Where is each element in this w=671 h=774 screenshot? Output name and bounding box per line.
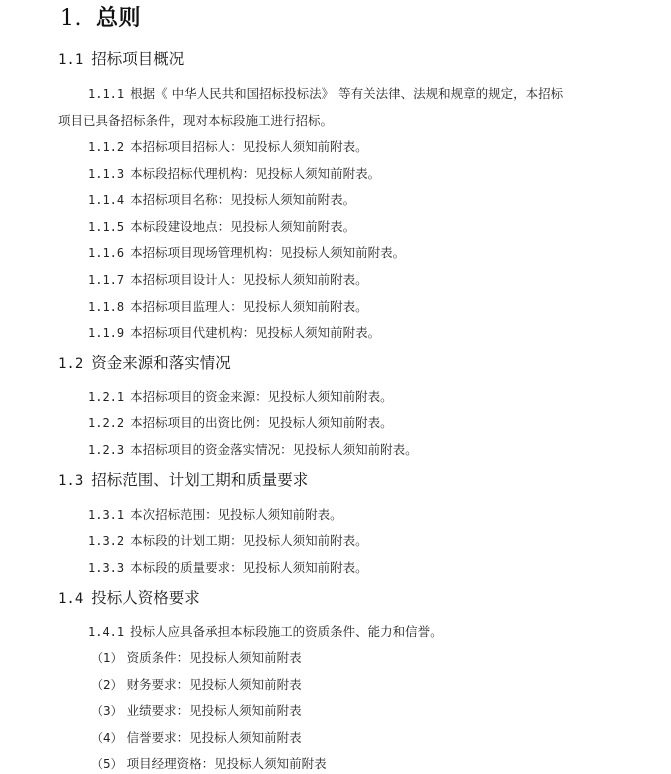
clause-1-2-2: 1.2.2本招标项目的出资比例：见投标人须知前附表。: [88, 417, 393, 430]
clause-text: 本招标项目现场管理机构：见投标人须知前附表。: [130, 245, 405, 260]
section-heading-text: 招标范围、计划工期和质量要求: [91, 471, 308, 489]
document-title: 1.总则: [60, 8, 141, 30]
clause-1-1-8: 1.1.8本招标项目监理人：见投标人须知前附表。: [88, 301, 368, 314]
clause-number: 1.2.1: [88, 390, 124, 404]
item-text: 业绩要求：见投标人须知前附表: [127, 703, 302, 718]
clause-text: 根据《 中华人民共和国招标投标法》 等有关法律、法规和规章的规定，本招标: [130, 86, 563, 101]
requirement-item-5: （5）项目经理资格：见投标人须知前附表: [91, 758, 327, 771]
clause-number: 1.1.1: [88, 87, 124, 101]
clause-1-1-9: 1.1.9本招标项目代建机构：见投标人须知前附表。: [88, 327, 380, 340]
clause-1-1-2: 1.1.2本招标项目招标人：见投标人须知前附表。: [88, 141, 368, 154]
clause-number: 1.1.7: [88, 273, 124, 287]
clause-1-3-3: 1.3.3本标段的质量要求：见投标人须知前附表。: [88, 562, 368, 575]
clause-1-1-4: 1.1.4本招标项目名称：见投标人须知前附表。: [88, 194, 355, 207]
clause-text: 本招标项目设计人：见投标人须知前附表。: [130, 272, 368, 287]
clause-number: 1.3.2: [88, 534, 124, 548]
clause-number: 1.2.3: [88, 443, 124, 457]
clause-1-3-2: 1.3.2本标段的计划工期：见投标人须知前附表。: [88, 535, 368, 548]
item-text: 资质条件：见投标人须知前附表: [127, 650, 302, 665]
item-number: （5）: [91, 757, 123, 771]
item-number: （2）: [91, 678, 123, 692]
clause-number: 1.4.1: [88, 625, 124, 639]
clause-1-1-5: 1.1.5本标段建设地点：见投标人须知前附表。: [88, 221, 355, 234]
section-heading-text: 资金来源和落实情况: [91, 354, 231, 372]
section-number: 1.3: [58, 473, 83, 489]
title-number: 1.: [60, 6, 82, 31]
section-heading-1-3: 1.3招标范围、计划工期和质量要求: [58, 473, 308, 489]
clause-number: 1.1.4: [88, 193, 124, 207]
item-number: （1）: [91, 651, 123, 665]
item-text: 项目经理资格：见投标人须知前附表: [127, 756, 327, 771]
section-heading-text: 招标项目概况: [91, 50, 184, 68]
item-text: 财务要求：见投标人须知前附表: [127, 677, 302, 692]
requirement-item-3: （3）业绩要求：见投标人须知前附表: [91, 705, 302, 718]
section-number: 1.4: [58, 591, 83, 607]
clause-number: 1.3.3: [88, 561, 124, 575]
requirement-item-4: （4）信誉要求：见投标人须知前附表: [91, 732, 302, 745]
section-heading-1-2: 1.2资金来源和落实情况: [58, 356, 231, 372]
clause-text: 本招标项目名称：见投标人须知前附表。: [130, 192, 355, 207]
section-heading-text: 投标人资格要求: [91, 589, 200, 607]
clause-text: 本招标项目监理人：见投标人须知前附表。: [130, 299, 368, 314]
clause-number: 1.1.3: [88, 167, 124, 181]
clause-number: 1.2.2: [88, 416, 124, 430]
clause-text: 投标人应具备承担本标段施工的资质条件、能力和信誉。: [130, 624, 443, 639]
clause-text: 本招标项目的资金落实情况：见投标人须知前附表。: [130, 442, 418, 457]
clause-text: 本招标项目招标人：见投标人须知前附表。: [130, 139, 368, 154]
item-number: （3）: [91, 704, 123, 718]
clause-1-1-1: 1.1.1根据《 中华人民共和国招标投标法》 等有关法律、法规和规章的规定，本招…: [88, 88, 563, 101]
requirement-item-2: （2）财务要求：见投标人须知前附表: [91, 679, 302, 692]
clause-1-1-7: 1.1.7本招标项目设计人：见投标人须知前附表。: [88, 274, 368, 287]
clause-1-1-6: 1.1.6本招标项目现场管理机构：见投标人须知前附表。: [88, 247, 405, 260]
clause-number: 1.1.9: [88, 326, 124, 340]
section-heading-1-1: 1.1招标项目概况: [58, 52, 184, 68]
item-number: （4）: [91, 731, 123, 745]
clause-number: 1.3.1: [88, 508, 124, 522]
clause-1-2-3: 1.2.3本招标项目的资金落实情况：见投标人须知前附表。: [88, 444, 418, 457]
clause-number: 1.1.8: [88, 300, 124, 314]
section-number: 1.2: [58, 356, 83, 372]
clause-text: 本标段的计划工期：见投标人须知前附表。: [130, 533, 368, 548]
clause-1-1-3: 1.1.3本标段招标代理机构：见投标人须知前附表。: [88, 168, 380, 181]
clause-number: 1.1.2: [88, 140, 124, 154]
clause-text: 本招标项目的资金来源：见投标人须知前附表。: [130, 389, 393, 404]
clause-text: 本标段招标代理机构：见投标人须知前附表。: [130, 166, 380, 181]
clause-1-2-1: 1.2.1本招标项目的资金来源：见投标人须知前附表。: [88, 391, 393, 404]
clause-text: 本招标项目的出资比例：见投标人须知前附表。: [130, 415, 393, 430]
clause-number: 1.1.5: [88, 220, 124, 234]
clause-text: 本标段建设地点：见投标人须知前附表。: [130, 219, 355, 234]
clause-1-3-1: 1.3.1本次招标范围：见投标人须知前附表。: [88, 509, 343, 522]
title-text: 总则: [96, 6, 141, 31]
clause-1-1-1-continuation: 项目已具备招标条件，现对本标段施工进行招标。: [58, 115, 333, 128]
clause-number: 1.1.6: [88, 246, 124, 260]
clause-text: 本招标项目代建机构：见投标人须知前附表。: [130, 325, 380, 340]
section-heading-1-4: 1.4投标人资格要求: [58, 591, 200, 607]
clause-text: 本标段的质量要求：见投标人须知前附表。: [130, 560, 368, 575]
clause-1-4-1: 1.4.1投标人应具备承担本标段施工的资质条件、能力和信誉。: [88, 626, 443, 639]
section-number: 1.1: [58, 52, 83, 68]
item-text: 信誉要求：见投标人须知前附表: [127, 730, 302, 745]
clause-text: 本次招标范围：见投标人须知前附表。: [130, 507, 343, 522]
requirement-item-1: （1）资质条件：见投标人须知前附表: [91, 652, 302, 665]
